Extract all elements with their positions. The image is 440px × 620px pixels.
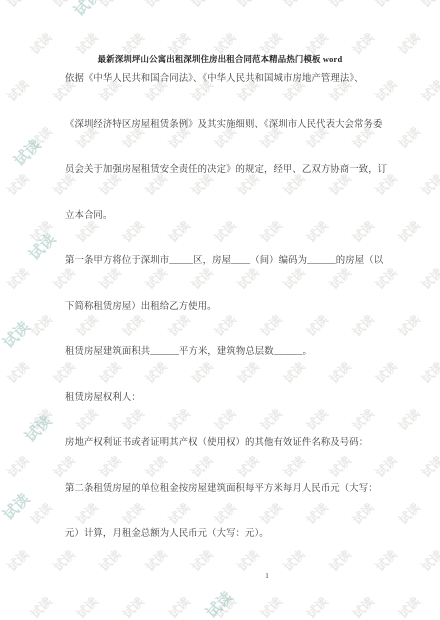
document-text-layer: 最新深圳坪山公寓出租深圳住房出租合同范本精品热门模板 word 依据《中华人民共… (0, 0, 440, 620)
text-line: 《深圳经济特区房屋租赁条例》及其实施细则、《深圳市人民代表大会常务委 (65, 103, 379, 149)
text-line: 下简称租赁房屋）出租给乙方使用。 (65, 285, 379, 331)
page-number: 1 (0, 571, 440, 580)
document-body: 依据《中华人民共和国合同法》、《中华人民共和国城市房地产管理法》、 《深圳经济特… (65, 57, 379, 558)
text-line: 第二条租赁房屋的单位租金按房屋建筑面积每平方米每月人民币元（大写： (65, 467, 379, 513)
text-line: 员会关于加强房屋租赁安全责任的决定》的规定，经甲、乙双方协商一致，订 (65, 148, 379, 194)
text-line: 第一条甲方将位于深圳市_____区，房屋____（间）编码为______的房屋（… (65, 239, 379, 285)
text-line: 房地产权利证书或者证明其产权（使用权）的其他有效证件名称及号码： (65, 421, 379, 467)
document-page: 试读试读试读试读试读试读试读试读试读试读试读试读试读试读试读试读试读试读试读试读… (0, 0, 440, 620)
text-line: 租赁房屋建筑面积共______平方米，建筑物总层数______。 (65, 330, 379, 376)
text-line: 元）计算，月租金总额为人民币元（大写：元）。 (65, 512, 379, 558)
text-line: 立本合同。 (65, 194, 379, 240)
text-line: 依据《中华人民共和国合同法》、《中华人民共和国城市房地产管理法》、 (65, 57, 379, 103)
text-line: 租赁房屋权利人： (65, 376, 379, 422)
